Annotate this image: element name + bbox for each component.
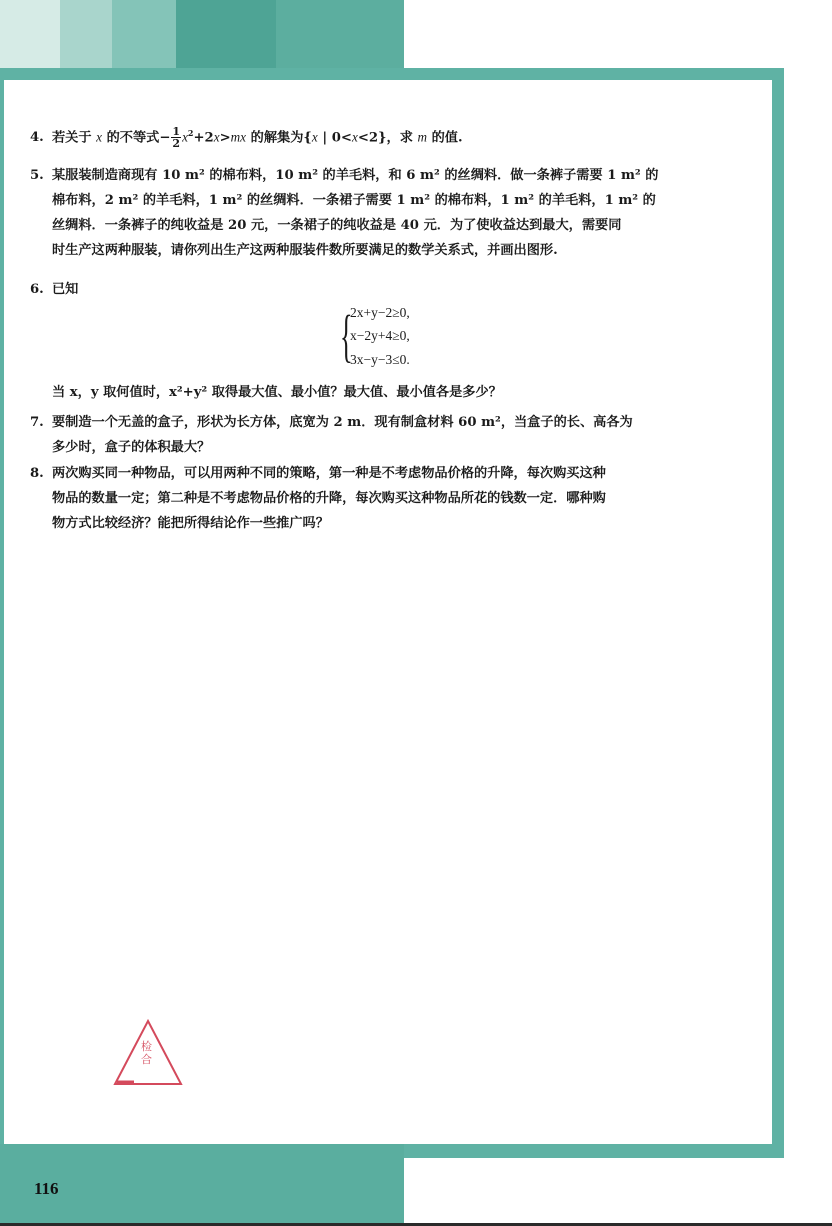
footer-band — [0, 1144, 404, 1224]
page-number: 116 — [34, 1179, 59, 1199]
problem-7: 7.要制造一个无盖的盒子，形状为长方体，底宽为 2 m．现有制盒材料 60 m²… — [30, 410, 633, 460]
problem-6: 6.已知 — [30, 277, 78, 302]
problem-number: 4. — [30, 125, 52, 150]
problem-4: 4.若关于 x 的不等式−12x2+2x>mx 的解集为{x | 0<x<2}，… — [30, 121, 463, 150]
problem-8: 8.两次购买同一种物品，可以用两种不同的策略，第一种是不考虑物品价格的升降，每次… — [30, 461, 606, 536]
problem-6-question: 当 x，y 取何值时，x²+y² 取得最大值、最小值？最大值、最小值各是多少？ — [30, 380, 502, 405]
stamp-text: 检 合 — [141, 1040, 152, 1066]
fraction: 12 — [171, 126, 181, 149]
problem-5: 5.某服装制造商现有 10 m² 的棉布料，10 m² 的羊毛料，和 6 m² … — [30, 163, 658, 263]
